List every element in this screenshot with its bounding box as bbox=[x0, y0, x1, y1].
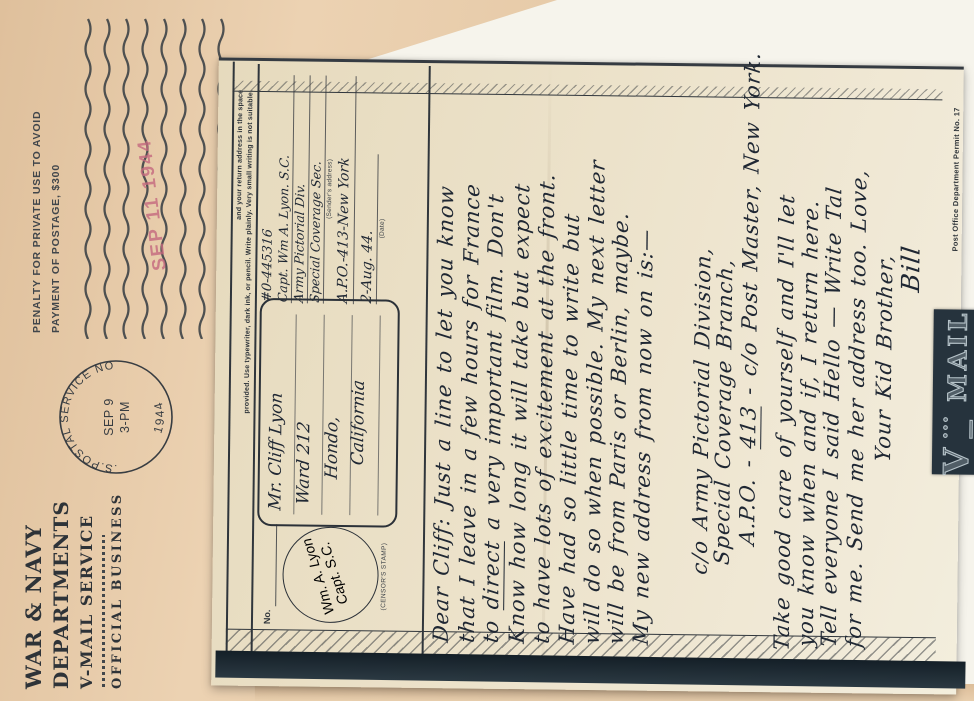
corner-card-line1: WAR & NAVY bbox=[20, 419, 47, 689]
vmail-logo-v: V bbox=[936, 448, 974, 475]
svg-text:1944: 1944 bbox=[150, 399, 167, 435]
postmark-year: 1944 bbox=[150, 399, 167, 435]
message-line: My new address from now on is:— bbox=[628, 227, 659, 646]
corner-card-divider bbox=[102, 535, 105, 687]
message-line: for me. Send me her address too. Love, bbox=[841, 167, 873, 648]
postmark-stamp: U.S.POSTAL SERVICE NO.2 1944 SEP 9 3-PM bbox=[52, 353, 180, 481]
postmark-date: SEP 9 bbox=[102, 398, 116, 436]
post-office-permit: Post Office Department Permit No. 17 bbox=[951, 116, 964, 251]
penalty-notice: PENALTY FOR PRIVATE USE TO AVOID PAYMENT… bbox=[28, 43, 66, 333]
message-signature: Bill bbox=[898, 244, 925, 293]
postmark-time: 3-PM bbox=[118, 401, 132, 433]
vmail-logo-mail: MAIL bbox=[943, 309, 973, 402]
vmail-logo: V ···— MAIL bbox=[932, 309, 974, 475]
vmail-logo-morse: ···— bbox=[933, 411, 974, 440]
message-line: A.P.O. - 413 - c/o Post Master, New York… bbox=[734, 50, 766, 546]
message-closing: Your Kid Brother, bbox=[870, 253, 898, 463]
vmail-form: and your return address in the space pro… bbox=[226, 62, 943, 663]
penalty-line1: PENALTY FOR PRIVATE USE TO AVOID bbox=[28, 43, 47, 333]
handwritten-message: Dear Cliff: Just a line to let you know … bbox=[226, 62, 943, 663]
scanned-vmail-letter-and-envelope: WAR & NAVY DEPARTMENTS V-MAIL SERVICE OF… bbox=[0, 0, 974, 701]
penalty-line2: PAYMENT OF POSTAGE, $300 bbox=[47, 43, 66, 333]
vmail-letter: and your return address in the space pro… bbox=[211, 57, 964, 694]
